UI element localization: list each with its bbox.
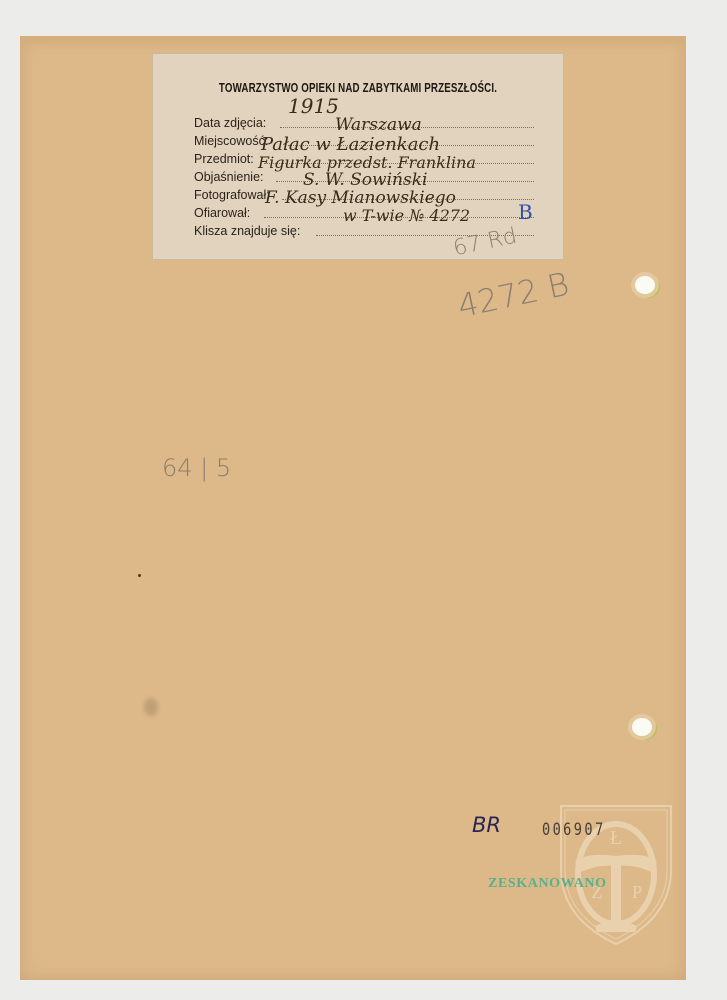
paper-speck xyxy=(138,574,141,577)
br-mark: BR xyxy=(472,813,501,837)
field-label: Przedmiot: xyxy=(194,152,254,166)
label-card: TOWARZYSTWO OPIEKI NAD ZABYTKAMI PRZESZŁ… xyxy=(152,53,564,260)
handwritten-photographer: S. W. Sowiński xyxy=(303,170,427,190)
field-label: Fotografował: xyxy=(194,188,270,202)
punch-hole-top xyxy=(635,276,655,294)
blue-mark: B xyxy=(518,200,533,224)
handwritten-donor: F. Kasy Mianowskiego xyxy=(265,188,456,208)
field-label: Klisza znajduje się: xyxy=(194,224,300,238)
paper-smudge xyxy=(144,698,158,716)
field-label: Data zdjęcia: xyxy=(194,116,266,130)
card-title: TOWARZYSTWO OPIEKI NAD ZABYTKAMI PRZESZŁ… xyxy=(198,81,518,95)
paper-top-edge xyxy=(20,36,686,50)
field-label: Objaśnienie: xyxy=(194,170,264,184)
field-label: Miejscowość: xyxy=(194,134,268,148)
handwritten-negative-number: w T-wie № 4272 xyxy=(343,206,470,225)
handwritten-date: 1915 xyxy=(288,94,339,118)
svg-text:Ł: Ł xyxy=(610,827,622,849)
serial-number: 006907 xyxy=(542,820,606,840)
field-label: Ofiarował: xyxy=(194,206,250,220)
handwritten-place: Warszawa xyxy=(335,115,422,135)
handwritten-subject: Pałac w Łazienkach xyxy=(261,134,440,155)
svg-text:P: P xyxy=(632,882,642,902)
scan-stamp: ZESKANOWANO xyxy=(488,876,607,892)
punch-hole-bottom xyxy=(632,718,652,736)
pencil-catalogue-ref: 64 | 5 xyxy=(162,454,231,482)
pencil-negative-number: 4272 B xyxy=(454,265,572,326)
